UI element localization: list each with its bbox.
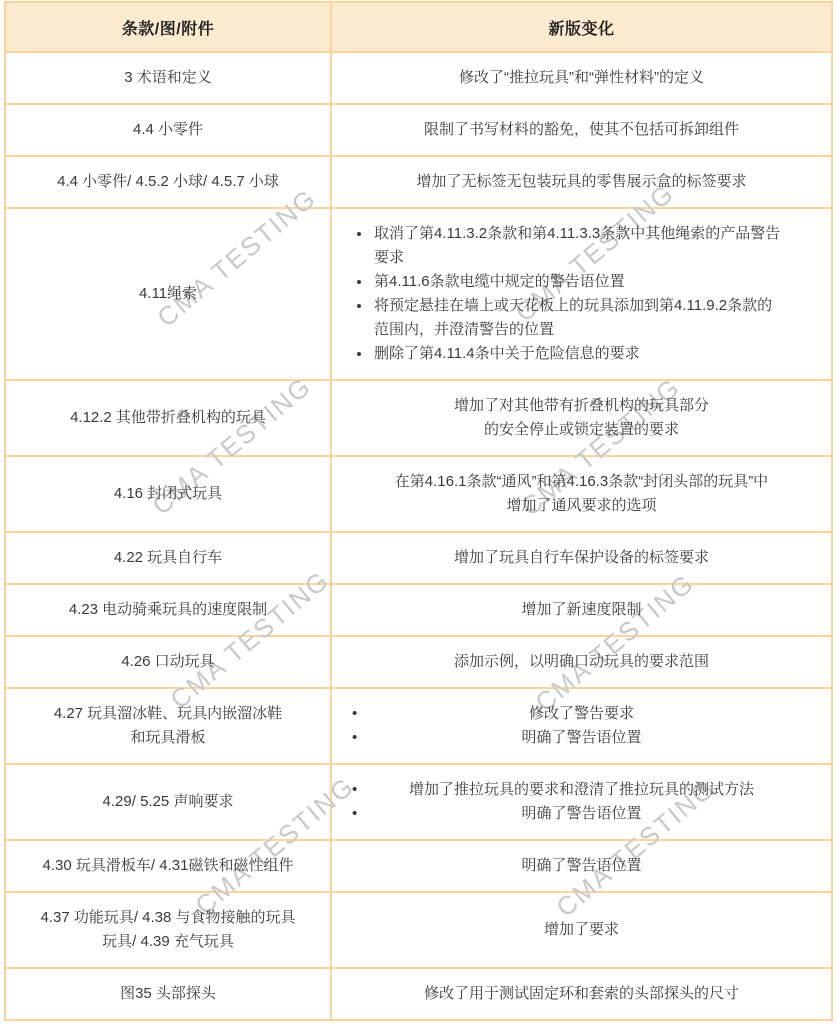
bullet-item: 明确了警告语位置 xyxy=(340,802,823,826)
change-cell: 修改了“推拉玩具”和“弹性材料”的定义 xyxy=(331,52,832,104)
clause-cell: 4.27 玩具溜冰鞋、玩具内嵌溜冰鞋 和玩具滑板 xyxy=(5,688,331,764)
clause-cell: 4.29/ 5.25 声响要求 xyxy=(5,764,331,840)
change-cell: 增加了无标签无包装玩具的零售展示盒的标签要求 xyxy=(331,156,832,208)
clause-text: 3 术语和定义 xyxy=(14,66,322,90)
change-cell: 增加了推拉玩具的要求和澄清了推拉玩具的测试方法明确了警告语位置 xyxy=(331,764,832,840)
table-header-row: 条款/图/附件 新版变化 xyxy=(5,2,832,52)
clause-text: 4.23 电动骑乘玩具的速度限制 xyxy=(14,598,322,622)
bullet-list: 取消了第4.11.3.2条款和第4.11.3.3条款中其他绳索的产品警告 要求第… xyxy=(340,222,823,366)
change-cell: 限制了书写材料的豁免，使其不包括可拆卸组件 xyxy=(331,104,832,156)
table-row: 4.22 玩具自行车增加了玩具自行车保护设备的标签要求 xyxy=(5,532,832,584)
change-text: 在第4.16.1条款“通风”和第4.16.3条款“封闭头部的玩具”中 增加了通风… xyxy=(340,470,823,518)
table-row: 3 术语和定义修改了“推拉玩具”和“弹性材料”的定义 xyxy=(5,52,832,104)
table-row: 4.26 口动玩具添加示例，以明确口动玩具的要求范围 xyxy=(5,636,832,688)
change-text: 修改了“推拉玩具”和“弹性材料”的定义 xyxy=(340,66,823,90)
clause-cell: 4.23 电动骑乘玩具的速度限制 xyxy=(5,584,331,636)
clause-cell: 4.30 玩具滑板车/ 4.31磁铁和磁性组件 xyxy=(5,840,331,892)
clause-cell: 4.4 小零件/ 4.5.2 小球/ 4.5.7 小球 xyxy=(5,156,331,208)
page: 条款/图/附件 新版变化 3 术语和定义修改了“推拉玩具”和“弹性材料”的定义4… xyxy=(0,0,837,1024)
table-row: 4.27 玩具溜冰鞋、玩具内嵌溜冰鞋 和玩具滑板修改了警告要求明确了警告语位置 xyxy=(5,688,832,764)
change-text: 限制了书写材料的豁免，使其不包括可拆卸组件 xyxy=(340,118,823,142)
standard-change-table: 条款/图/附件 新版变化 3 术语和定义修改了“推拉玩具”和“弹性材料”的定义4… xyxy=(4,1,833,1021)
change-cell: 增加了玩具自行车保护设备的标签要求 xyxy=(331,532,832,584)
clause-text: 4.22 玩具自行车 xyxy=(14,546,322,570)
clause-text: 4.26 口动玩具 xyxy=(14,650,322,674)
change-cell: 在第4.16.1条款“通风”和第4.16.3条款“封闭头部的玩具”中 增加了通风… xyxy=(331,456,832,532)
bullet-item: 删除了第4.11.4条中关于危险信息的要求 xyxy=(372,342,823,366)
bullet-item: 将预定悬挂在墙上或天花板上的玩具添加到第4.11.9.2条款的 范围内，并澄清警… xyxy=(372,294,823,342)
table-row: 4.23 电动骑乘玩具的速度限制增加了新速度限制 xyxy=(5,584,832,636)
table-row: 4.4 小零件/ 4.5.2 小球/ 4.5.7 小球增加了无标签无包装玩具的零… xyxy=(5,156,832,208)
change-text: 修改了用于测试固定环和套索的头部探头的尺寸 xyxy=(340,982,823,1006)
change-text: 增加了新速度限制 xyxy=(340,598,823,622)
clause-text: 4.4 小零件 xyxy=(14,118,322,142)
table-row: 4.29/ 5.25 声响要求增加了推拉玩具的要求和澄清了推拉玩具的测试方法明确… xyxy=(5,764,832,840)
change-cell: 添加示例，以明确口动玩具的要求范围 xyxy=(331,636,832,688)
change-text: 增加了玩具自行车保护设备的标签要求 xyxy=(340,546,823,570)
clause-text: 4.4 小零件/ 4.5.2 小球/ 4.5.7 小球 xyxy=(14,170,322,194)
bullet-item: 第4.11.6条款电缆中规定的警告语位置 xyxy=(372,270,823,294)
change-column-header: 新版变化 xyxy=(331,2,832,52)
clause-cell: 图35 头部探头 xyxy=(5,968,331,1020)
bullet-list: 增加了推拉玩具的要求和澄清了推拉玩具的测试方法明确了警告语位置 xyxy=(340,778,823,826)
change-cell: 修改了用于测试固定环和套索的头部探头的尺寸 xyxy=(331,968,832,1020)
change-text: 添加示例，以明确口动玩具的要求范围 xyxy=(340,650,823,674)
bullet-item: 明确了警告语位置 xyxy=(340,726,823,750)
clause-text: 4.30 玩具滑板车/ 4.31磁铁和磁性组件 xyxy=(14,854,322,878)
bullet-item: 增加了推拉玩具的要求和澄清了推拉玩具的测试方法 xyxy=(340,778,823,802)
bullet-item: 修改了警告要求 xyxy=(340,702,823,726)
table-row: 4.11绳索取消了第4.11.3.2条款和第4.11.3.3条款中其他绳索的产品… xyxy=(5,208,832,380)
clause-cell: 4.22 玩具自行车 xyxy=(5,532,331,584)
clause-text: 4.12.2 其他带折叠机构的玩具 xyxy=(14,406,322,430)
clause-text: 4.29/ 5.25 声响要求 xyxy=(14,790,322,814)
change-cell: 取消了第4.11.3.2条款和第4.11.3.3条款中其他绳索的产品警告 要求第… xyxy=(331,208,832,380)
clause-cell: 4.26 口动玩具 xyxy=(5,636,331,688)
clause-cell: 4.37 功能玩具/ 4.38 与食物接触的玩具 玩具/ 4.39 充气玩具 xyxy=(5,892,331,968)
change-cell: 明确了警告语位置 xyxy=(331,840,832,892)
clause-cell: 4.4 小零件 xyxy=(5,104,331,156)
clause-cell: 3 术语和定义 xyxy=(5,52,331,104)
clause-text: 4.37 功能玩具/ 4.38 与食物接触的玩具 玩具/ 4.39 充气玩具 xyxy=(14,906,322,954)
clause-text: 图35 头部探头 xyxy=(14,982,322,1006)
bullet-item: 取消了第4.11.3.2条款和第4.11.3.3条款中其他绳索的产品警告 要求 xyxy=(372,222,823,270)
bullet-list: 修改了警告要求明确了警告语位置 xyxy=(340,702,823,750)
clause-text: 4.27 玩具溜冰鞋、玩具内嵌溜冰鞋 和玩具滑板 xyxy=(14,702,322,750)
table-row: 4.37 功能玩具/ 4.38 与食物接触的玩具 玩具/ 4.39 充气玩具增加… xyxy=(5,892,832,968)
clause-column-header: 条款/图/附件 xyxy=(5,2,331,52)
table-row: 4.16 封闭式玩具在第4.16.1条款“通风”和第4.16.3条款“封闭头部的… xyxy=(5,456,832,532)
change-cell: 增加了要求 xyxy=(331,892,832,968)
change-cell: 修改了警告要求明确了警告语位置 xyxy=(331,688,832,764)
change-text: 明确了警告语位置 xyxy=(340,854,823,878)
clause-cell: 4.16 封闭式玩具 xyxy=(5,456,331,532)
change-cell: 增加了新速度限制 xyxy=(331,584,832,636)
table-row: 4.12.2 其他带折叠机构的玩具增加了对其他带有折叠机构的玩具部分 的安全停止… xyxy=(5,380,832,456)
clause-cell: 4.11绳索 xyxy=(5,208,331,380)
clause-cell: 4.12.2 其他带折叠机构的玩具 xyxy=(5,380,331,456)
change-text: 增加了无标签无包装玩具的零售展示盒的标签要求 xyxy=(340,170,823,194)
clause-text: 4.16 封闭式玩具 xyxy=(14,482,322,506)
change-text: 增加了要求 xyxy=(340,918,823,942)
table-row: 4.30 玩具滑板车/ 4.31磁铁和磁性组件明确了警告语位置 xyxy=(5,840,832,892)
change-text: 增加了对其他带有折叠机构的玩具部分 的安全停止或锁定装置的要求 xyxy=(340,394,823,442)
clause-text: 4.11绳索 xyxy=(14,282,322,306)
change-cell: 增加了对其他带有折叠机构的玩具部分 的安全停止或锁定装置的要求 xyxy=(331,380,832,456)
table-row: 4.4 小零件限制了书写材料的豁免，使其不包括可拆卸组件 xyxy=(5,104,832,156)
table-row: 图35 头部探头修改了用于测试固定环和套索的头部探头的尺寸 xyxy=(5,968,832,1020)
